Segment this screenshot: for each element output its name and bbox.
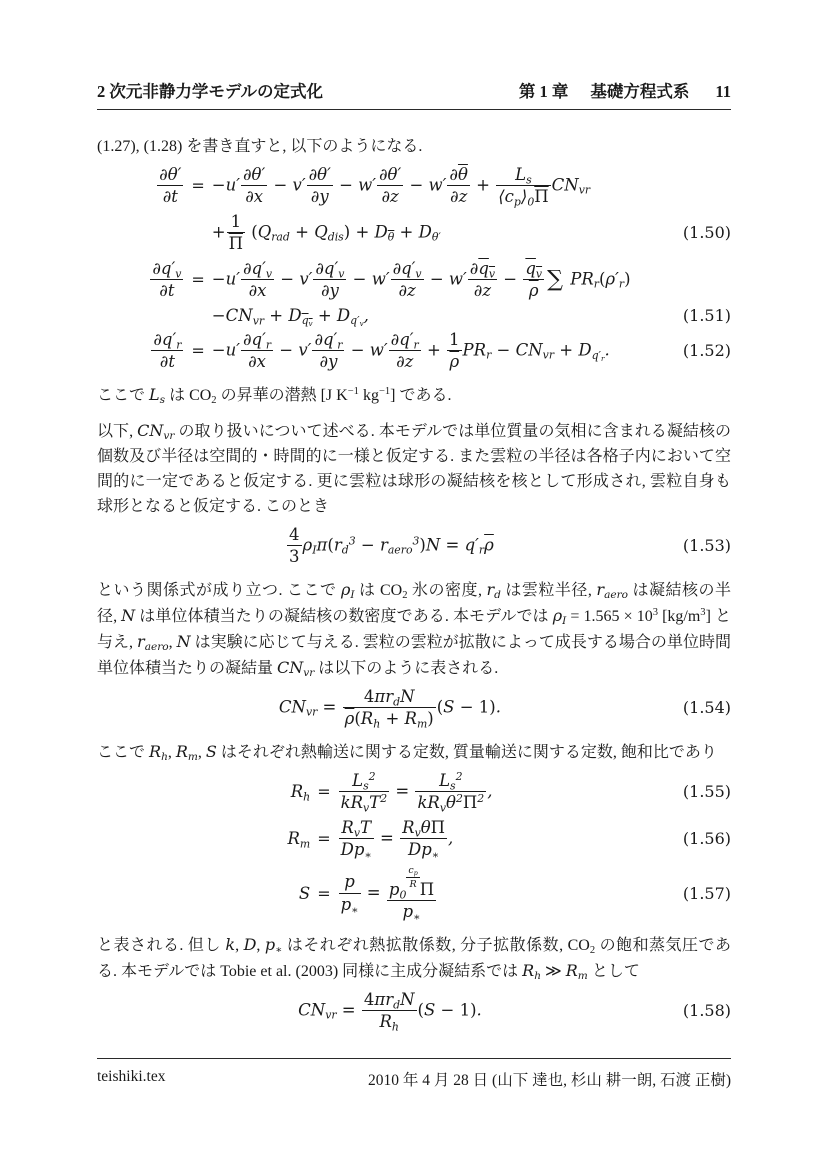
equation-rhs: −CNvr + Dqv + Dq′v,	[212, 306, 631, 325]
equation-body: 43ρIπ(rd3 − raero3)N = q′rρ	[286, 525, 494, 567]
paragraph-intro: (1.27), (1.28) を書き直すと, 以下のようになる.	[97, 134, 731, 159]
equation-158: CNvr = 4πrdNRh(S − 1). (1.58)	[97, 990, 731, 1032]
equals-sign: =	[184, 341, 211, 360]
equation-group-150-152: ∂θ′∂t = −u′∂θ′∂x − v′∂θ′∂y − w′∂θ′∂z − w…	[97, 165, 731, 372]
equation-rhs: +1Π (Qrad + Qdis) + Dθ + Dθ′	[212, 212, 631, 254]
document-page: 2 次元非静力学モデルの定式化 第 1 章基礎方程式系11 (1.27), (1…	[0, 0, 826, 1169]
equation-number: (1.56)	[683, 829, 731, 848]
equation-lhs: Rm	[287, 829, 310, 848]
equation-154: CNvr = 4πrdNρ(Rh + Rm)(S − 1). (1.54)	[97, 687, 731, 729]
equation-number: (1.58)	[683, 1001, 731, 1020]
paragraph-expressed: と表される. 但し k, D, p∗ はそれぞれ熱拡散係数, 分子拡散係数, C…	[97, 932, 731, 984]
section-label: 基礎方程式系	[590, 78, 689, 102]
equation-rhs: −u′∂q′v∂x − v′∂q′v∂y − w′∂q′v∂z − w′∂qv∂…	[212, 259, 631, 301]
equation-lhs: ∂q′v∂t	[149, 259, 184, 301]
equation-body: CNvr = 4πrdNRh(S − 1).	[298, 990, 482, 1032]
equation-number: (1.55)	[683, 782, 731, 801]
equation-rhs: −u′∂θ′∂x − v′∂θ′∂y − w′∂θ′∂z − w′∂θ∂z + …	[212, 165, 631, 207]
equation-body: CNvr = 4πrdNρ(Rh + Rm)(S − 1).	[279, 687, 501, 729]
running-header-section-title: 2 次元非静力学モデルの定式化	[97, 78, 323, 102]
equation-number: (1.50)	[683, 223, 731, 242]
page-number: 11	[715, 82, 731, 102]
equation-rhs: Ls2kRvT2 = Ls2kRvθ2Π2,	[338, 771, 493, 813]
equals-sign: =	[184, 176, 211, 195]
chapter-label: 第 1 章	[519, 78, 569, 102]
paragraph-relation: という関係式が成り立つ. ここで ρI は CO2 氷の密度, rd は雲粒半径…	[97, 577, 731, 681]
equation-group-155-157: Rh = Ls2kRvT2 = Ls2kRvθ2Π2, (1.55) Rm = …	[97, 771, 731, 922]
equation-lhs: ∂θ′∂t	[149, 165, 184, 207]
equation-number: (1.57)	[683, 884, 731, 903]
footer-date-authors: 2010 年 4 月 28 日 (山下 達也, 杉山 耕一朗, 石渡 正樹)	[368, 1068, 731, 1090]
equation-lhs: Rh	[287, 782, 310, 801]
equation-rhs: pp∗ = p0cpRΠp∗	[338, 865, 493, 922]
equation-153: 43ρIπ(rd3 − raero3)N = q′rρ (1.53)	[97, 525, 731, 567]
page-footer: teishiki.tex 2010 年 4 月 28 日 (山下 達也, 杉山 …	[97, 1058, 731, 1090]
footer-filename: teishiki.tex	[97, 1068, 165, 1090]
page-header: 2 次元非静力学モデルの定式化 第 1 章基礎方程式系11	[97, 78, 731, 110]
paragraph-constants: ここで Rh, Rm, S はそれぞれ熱輸送に関する定数, 質量輸送に関する定数…	[97, 739, 731, 765]
equation-lhs: S	[287, 884, 310, 903]
equals-sign: =	[310, 829, 337, 848]
running-header-chapter: 第 1 章基礎方程式系11	[519, 78, 731, 102]
equals-sign: =	[184, 270, 211, 289]
equation-lhs: ∂q′r∂t	[149, 330, 184, 372]
equation-number: (1.53)	[683, 536, 731, 555]
equation-number: (1.52)	[683, 341, 731, 360]
paragraph-cnvr-assumptions: 以下, CNvr の取り扱いについて述べる. 本モデルでは単位質量の気相に含まれ…	[97, 418, 731, 519]
equation-rhs: RvTDp∗ = RvθΠDp∗,	[338, 818, 493, 860]
equals-sign: =	[310, 884, 337, 903]
equals-sign: =	[310, 782, 337, 801]
equation-number: (1.54)	[683, 698, 731, 717]
paragraph-latent-heat: ここで Ls は CO2 の昇華の潜熱 [J K−1 kg−1] である.	[97, 382, 731, 408]
equation-rhs: −u′∂q′r∂x − v′∂q′r∂y − w′∂q′r∂z + 1ρPRr …	[212, 330, 631, 372]
equation-number: (1.51)	[683, 306, 731, 325]
